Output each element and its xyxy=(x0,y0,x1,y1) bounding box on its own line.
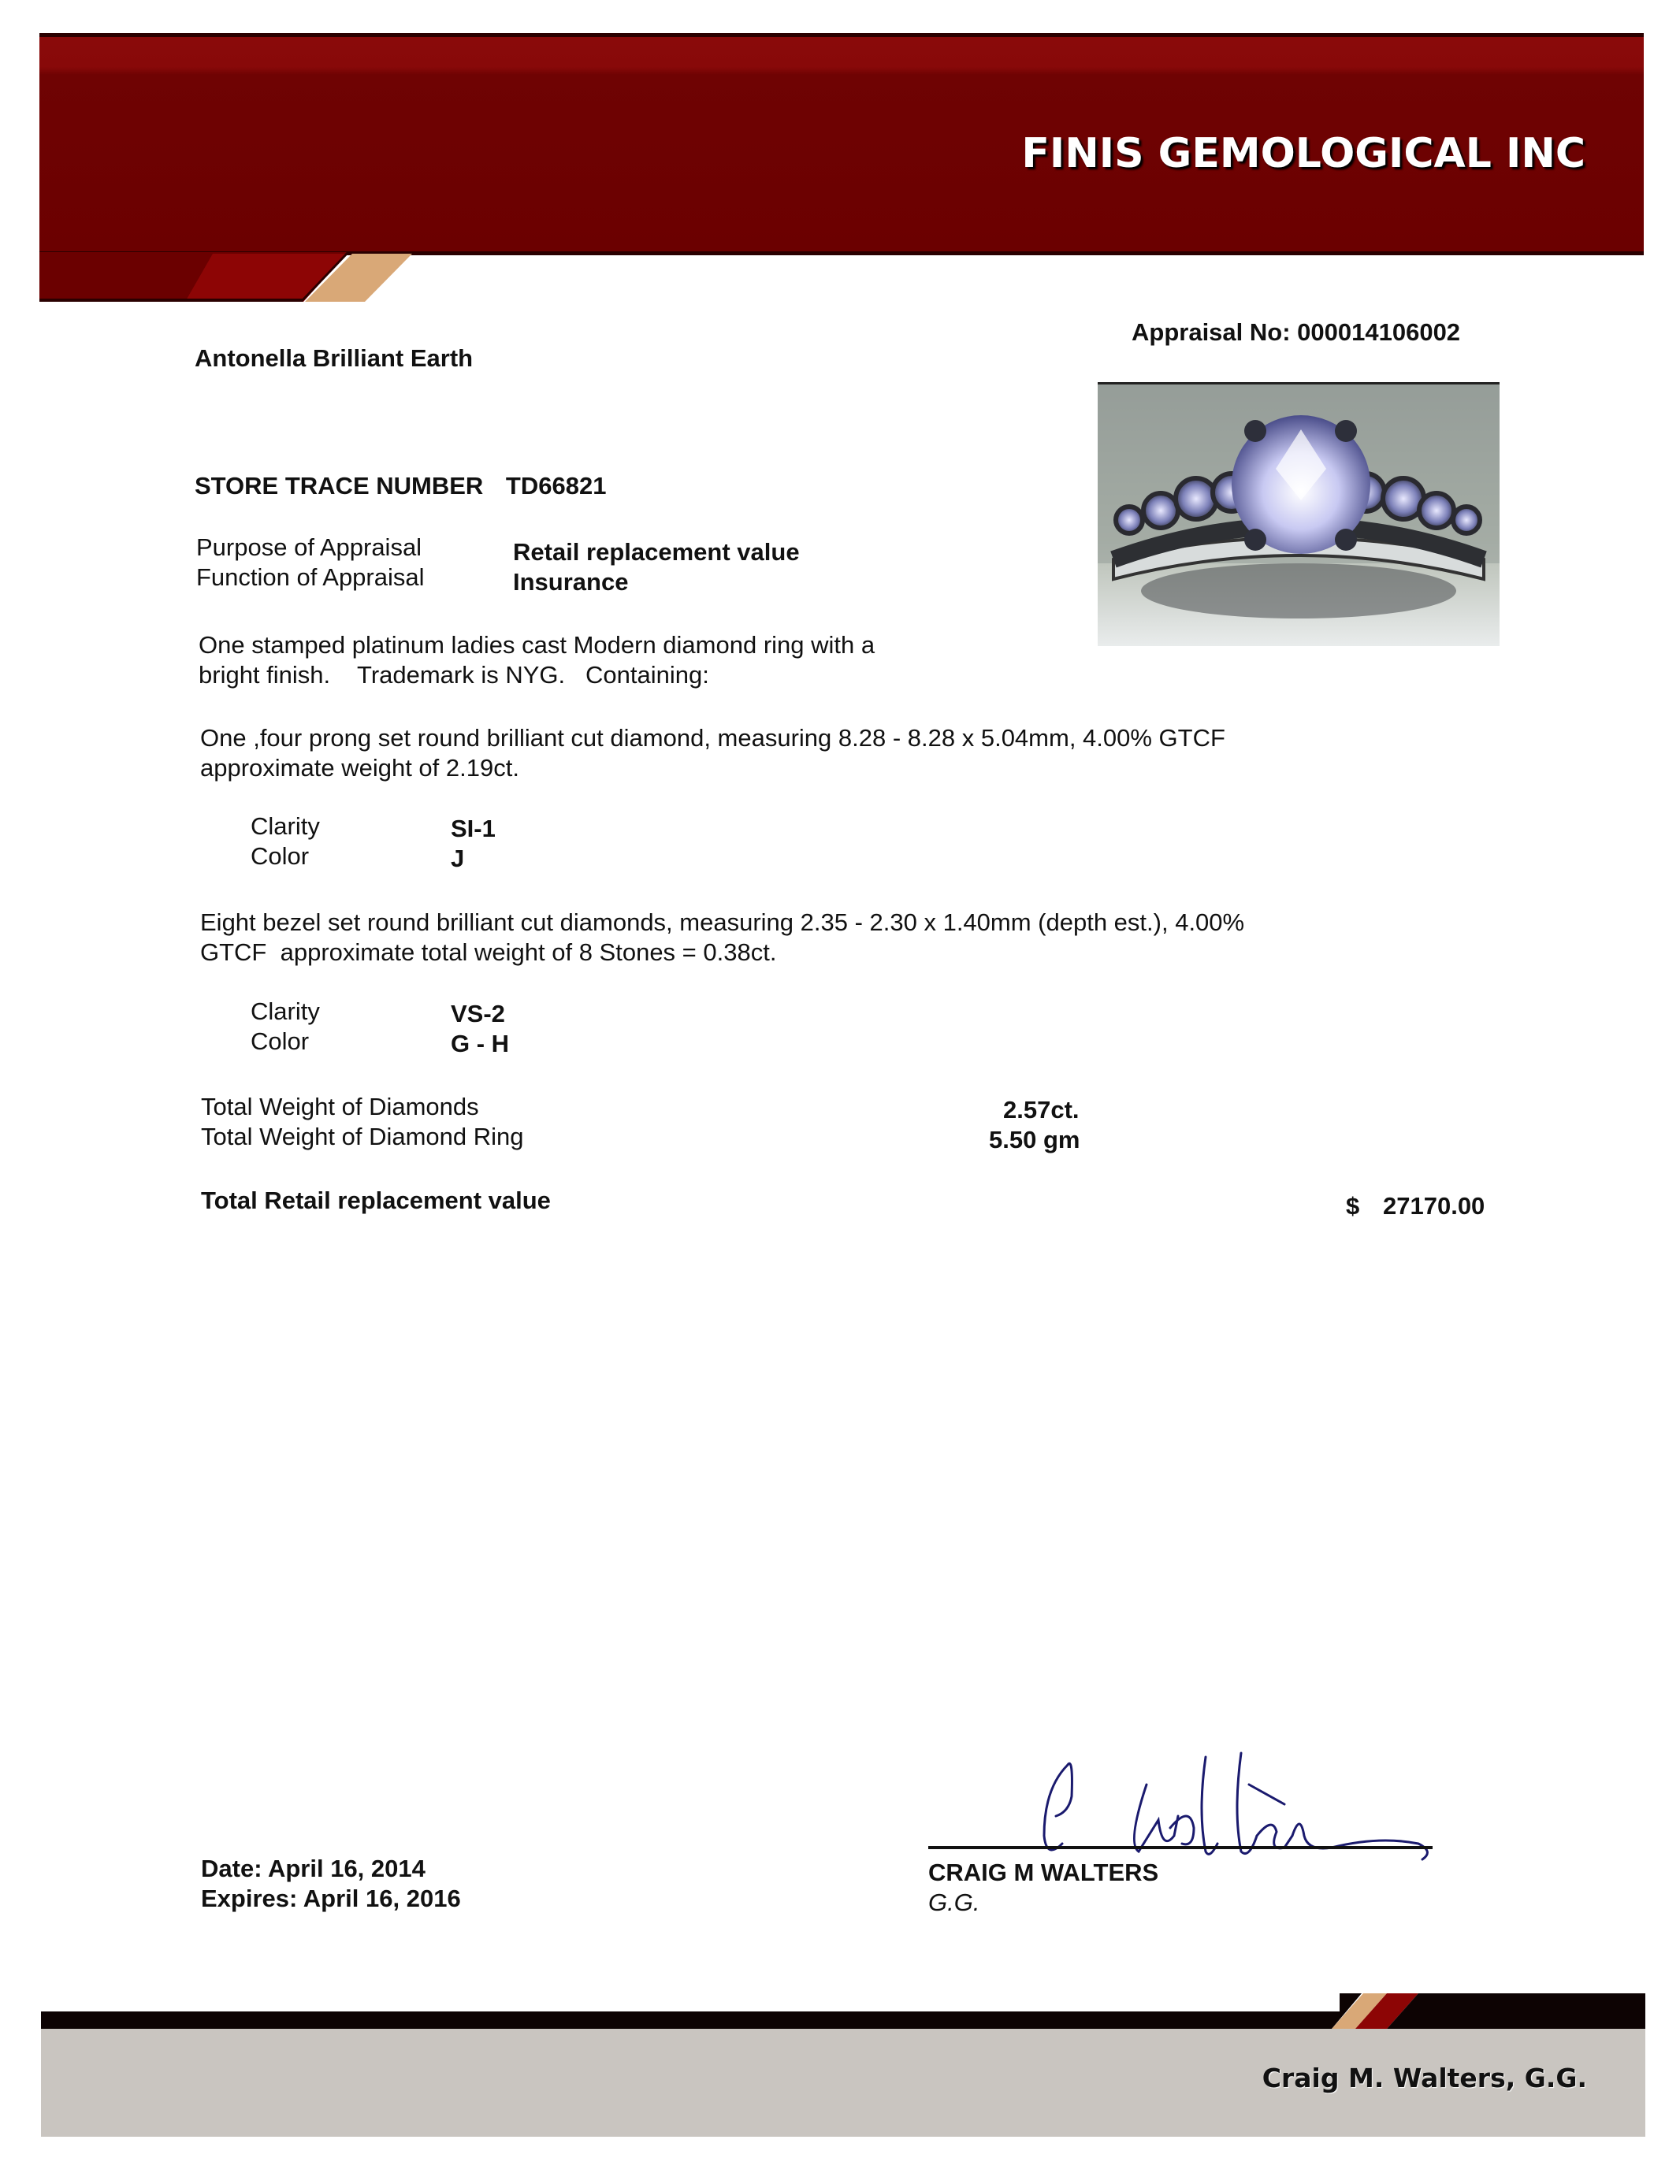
total-diamonds-value: 2.57ct. xyxy=(1003,1095,1080,1125)
total-ring-label: Total Weight of Diamond Ring xyxy=(201,1122,524,1152)
side-color-value: G - H xyxy=(451,1029,509,1059)
decorative-stripe-icon xyxy=(110,252,504,302)
client-name: Antonella Brilliant Earth xyxy=(195,344,473,373)
company-name: FINIS GEMOLOGICAL INC xyxy=(1021,130,1585,177)
signature-line xyxy=(928,1846,1433,1849)
store-trace-value: TD66821 xyxy=(506,472,607,500)
description-line-2: bright finish. Trademark is NYG. Contain… xyxy=(199,660,709,690)
footer-decorative-stripe-icon xyxy=(1332,1993,1458,2029)
footer-appraiser-name: Craig M. Walters, G.G. xyxy=(1262,2063,1587,2093)
appraisal-number-label: Appraisal No: xyxy=(1132,318,1291,346)
appraisal-number: Appraisal No: 000014106002 xyxy=(1132,318,1460,347)
total-diamonds-label: Total Weight of Diamonds xyxy=(201,1092,479,1122)
store-trace-label: STORE TRACE NUMBER xyxy=(195,472,483,500)
function-label: Function of Appraisal xyxy=(196,563,425,592)
side-color-label: Color xyxy=(251,1027,309,1057)
total-retail-value: 27170.00 xyxy=(1383,1191,1485,1221)
center-clarity-label: Clarity xyxy=(251,812,320,841)
center-color-value: J xyxy=(451,844,464,874)
side-clarity-label: Clarity xyxy=(251,997,320,1027)
side-clarity-value: VS-2 xyxy=(451,999,505,1029)
total-retail-label: Total Retail replacement value xyxy=(201,1186,551,1216)
ring-photo xyxy=(1098,382,1500,646)
purpose-value: Retail replacement value xyxy=(513,537,800,567)
function-value: Insurance xyxy=(513,567,628,597)
appraiser-title: G.G. xyxy=(928,1888,979,1918)
center-clarity-value: SI-1 xyxy=(451,814,496,844)
date-issued: Date: April 16, 2014 xyxy=(201,1854,426,1884)
total-retail-currency: $ xyxy=(1346,1191,1359,1221)
date-expires: Expires: April 16, 2016 xyxy=(201,1884,461,1914)
appraisal-number-value: 000014106002 xyxy=(1297,318,1460,346)
center-color-label: Color xyxy=(251,841,309,871)
purpose-label: Purpose of Appraisal xyxy=(196,533,422,563)
side-stones-line-1: Eight bezel set round brilliant cut diam… xyxy=(200,908,1244,938)
center-stone-line-1: One ,four prong set round brilliant cut … xyxy=(200,723,1225,753)
total-ring-value: 5.50 gm xyxy=(989,1125,1080,1155)
side-stones-line-2: GTCF approximate total weight of 8 Stone… xyxy=(200,938,776,968)
center-stone-line-2: approximate weight of 2.19ct. xyxy=(200,753,519,783)
description-line-1: One stamped platinum ladies cast Modern … xyxy=(199,630,875,660)
store-trace-number: STORE TRACE NUMBER TD66821 xyxy=(195,471,606,501)
ring-photo-icon xyxy=(1098,382,1500,646)
appraiser-name: CRAIG M WALTERS xyxy=(928,1858,1158,1888)
